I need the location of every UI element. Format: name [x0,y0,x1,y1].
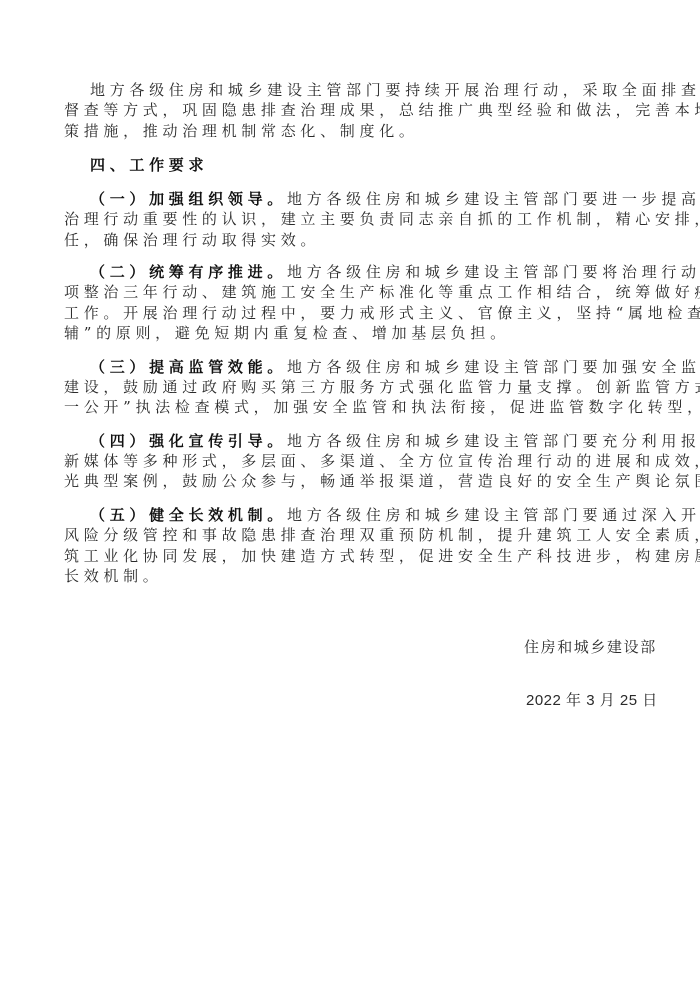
requirement-3-line-2: 建设，鼓励通过政府购买第三方服务方式强化监管力量支撑。创新监管方式，推行“双随机… [64,377,700,397]
intro-line-1: 地方各级住房和城乡建设主管部门要持续开展治理行动，采取全面排查、重点抽查、层级 [90,80,700,100]
section-heading: 四、工作要求 [90,155,208,175]
document-page: 地方各级住房和城乡建设主管部门要持续开展治理行动，采取全面排查、重点抽查、层级 … [0,0,700,989]
requirement-4-line-3: 光典型案例，鼓励公众参与，畅通举报渠道，营造良好的安全生产舆论氛围。 [64,471,700,491]
signature-organization: 住房和城乡建设部 [524,637,657,657]
requirement-2-lead: （二）统筹有序推进。 [90,263,287,281]
requirement-5-text: 地方各级住房和城乡建设主管部门要通过深入开展治理行动，完善 [287,506,700,524]
requirement-2-text: 地方各级住房和城乡建设主管部门要将治理行动与城市建设安全专 [287,263,700,281]
requirement-2-line-4: 辅”的原则，避免短期内重复检查、增加基层负担。 [64,323,510,343]
requirement-4-lead: （四）强化宣传引导。 [90,432,287,450]
intro-line-3: 策措施，推动治理机制常态化、制度化。 [64,121,419,141]
requirement-5-line-3: 筑工业化协同发展，加快建造方式转型，促进安全生产科技进步，构建房屋市政工程安全生… [64,546,700,566]
requirement-5-line-2: 风险分级管控和事故隐患排查治理双重预防机制，提升建筑工人安全素质，推动智能建造与… [64,525,700,545]
requirement-5-line-1: （五）健全长效机制。地方各级住房和城乡建设主管部门要通过深入开展治理行动，完善 [90,505,700,525]
signature-date: 2022 年 3 月 25 日 [526,691,658,711]
requirement-1-line-2: 治理行动重要性的认识，建立主要负责同志亲自抓的工作机制，精心安排，认真部署，压实… [64,209,700,229]
requirement-5-lead: （五）健全长效机制。 [90,506,287,524]
requirement-2-line-3: 工作。开展治理行动过程中，要力戒形式主义、官僚主义，坚持“属地检查为主、上级抽查… [64,303,700,323]
requirement-3-text: 地方各级住房和城乡建设主管部门要加强安全监管机构和人员队伍 [287,358,700,376]
requirement-1-text: 地方各级住房和城乡建设主管部门要进一步提高政治站位，深化对 [287,190,700,208]
intro-line-2: 督查等方式，巩固隐患排查治理成果，总结推广典型经验和做法，完善本地区施工安全监管… [64,100,700,120]
requirement-4-line-2: 新媒体等多种形式，多层面、多渠道、全方位宣传治理行动的进展和成效，推广先进经验，… [64,451,700,471]
requirement-3-lead: （三）提高监管效能。 [90,358,287,376]
requirement-2-line-1: （二）统筹有序推进。地方各级住房和城乡建设主管部门要将治理行动与城市建设安全专 [90,262,700,282]
requirement-1-line-3: 任，确保治理行动取得实效。 [64,230,320,250]
requirement-4-text: 地方各级住房和城乡建设主管部门要充分利用报刊、广播、电视、 [287,432,700,450]
requirement-4-line-1: （四）强化宣传引导。地方各级住房和城乡建设主管部门要充分利用报刊、广播、电视、 [90,431,700,451]
requirement-1-line-1: （一）加强组织领导。地方各级住房和城乡建设主管部门要进一步提高政治站位，深化对 [90,189,700,209]
requirement-3-line-3: 一公开”执法检查模式，加强安全监管和执法衔接，促进监管数字化转型，提升监管水平。 [64,397,700,417]
requirement-5-line-4: 长效机制。 [64,566,163,586]
requirement-1-lead: （一）加强组织领导。 [90,190,287,208]
requirement-2-line-2: 项整治三年行动、建筑施工安全生产标准化等重点工作相结合，统筹做好疫情防控和安全生… [64,282,700,302]
requirement-3-line-1: （三）提高监管效能。地方各级住房和城乡建设主管部门要加强安全监管机构和人员队伍 [90,357,700,377]
